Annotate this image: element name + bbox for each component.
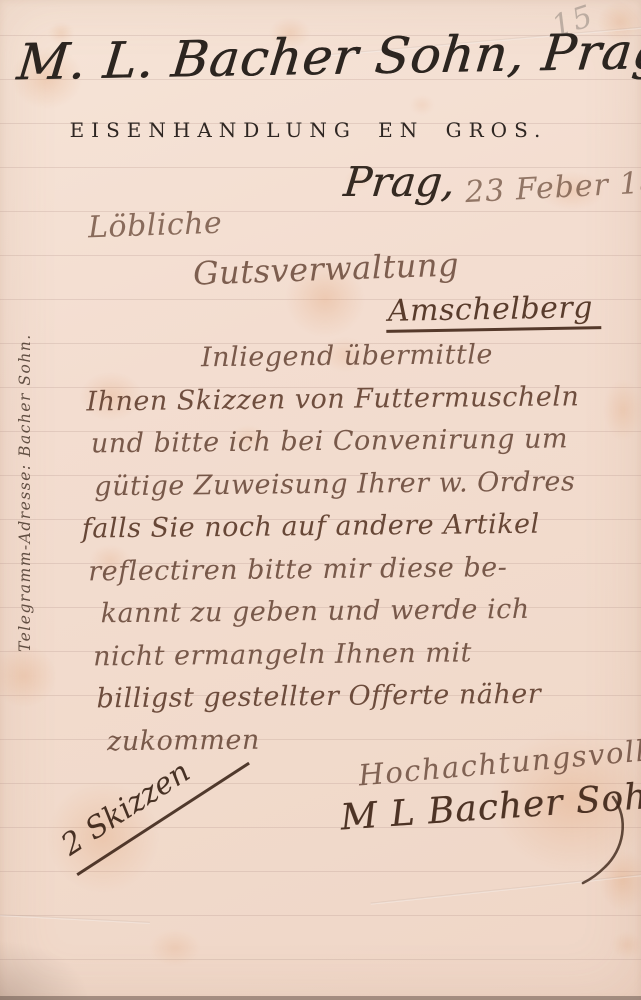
body-line: gütige Zuweisung Ihrer w. Ordres	[0, 460, 641, 509]
dateline: Prag, 23 Feber 1895	[344, 158, 641, 206]
recipient-name: Gutsverwaltung	[192, 245, 459, 292]
letter-page: 15 M. L. Bacher Sohn, Prag EISENHANDLUNG…	[0, 0, 641, 1000]
company-subtitle: EISENHANDLUNG EN GROS.	[0, 118, 617, 142]
stain	[600, 850, 641, 910]
stain	[612, 932, 641, 958]
stain	[150, 930, 200, 966]
body-line: kannt zu geben und werde ich	[0, 588, 641, 637]
recipient-salutation: Löbliche	[87, 206, 222, 246]
letter-body: Inliegend übermittle Ihnen Skizzen von F…	[0, 333, 641, 765]
fold-crease	[371, 873, 641, 904]
stain	[410, 95, 434, 115]
body-line: billigst gestellter Offerte näher	[1, 673, 641, 722]
body-line: reflectiren bitte mir diese be-	[0, 545, 641, 594]
body-line: Ihnen Skizzen von Futtermuscheln	[0, 375, 640, 424]
body-line: nicht ermangeln Ihnen mit	[1, 630, 641, 679]
dateline-place: Prag,	[341, 158, 457, 206]
body-line: Inliegend übermittle	[0, 333, 639, 382]
company-name: M. L. Bacher Sohn, Prag	[14, 23, 636, 92]
dateline-date-handwritten: 23 Feber 1895	[464, 163, 641, 210]
corner-shadow	[0, 940, 90, 1000]
telegram-address-margin-note: Telegramm-Adresse: Bacher Sohn.	[16, 360, 34, 652]
recipient-place-underlined: Amschelberg	[386, 290, 602, 333]
body-line: falls Sie noch auf andere Artikel	[0, 503, 641, 552]
fold-crease	[0, 914, 150, 924]
paper-bottom-edge	[0, 996, 641, 1000]
body-line: und bitte ich bei Convenirung um	[0, 418, 640, 467]
